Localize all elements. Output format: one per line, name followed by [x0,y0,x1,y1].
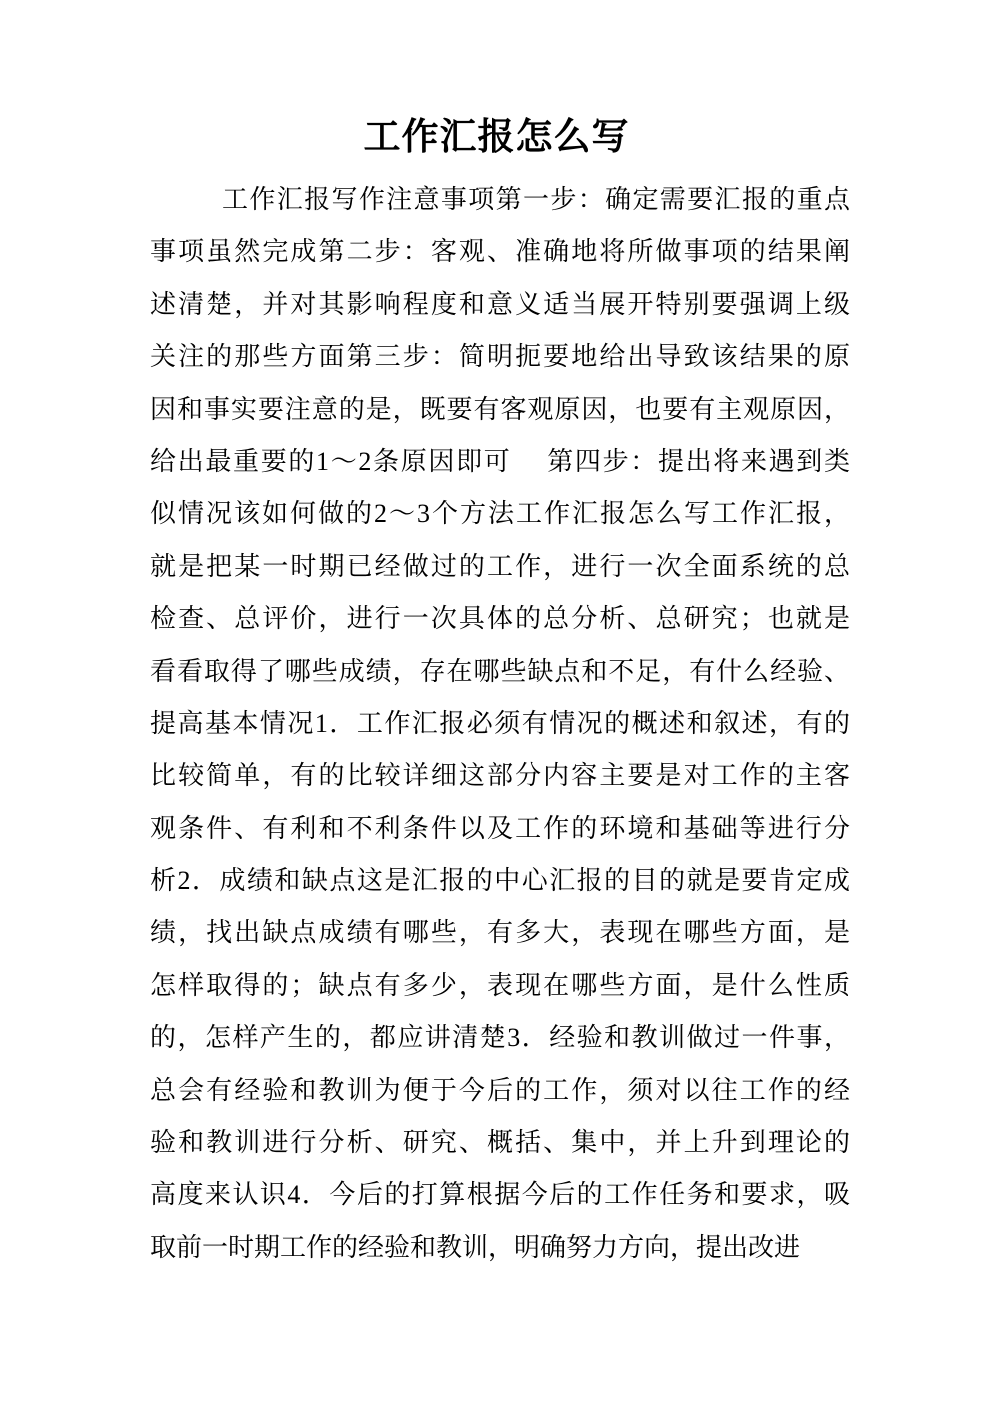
text-line: 观条件、有利和不利条件以及工作的环境和基础等进行分 [150,803,850,855]
text-line: 工作汇报写作注意事项第一步：确定需要汇报的重点 [150,174,850,226]
text-line: 绩，找出缺点成绩有哪些，有多大，表现在哪些方面，是 [150,907,850,959]
text-line: 析2．成绩和缺点这是汇报的中心汇报的目的就是要肯定成 [150,855,850,907]
text-line: 述清楚，并对其影响程度和意义适当展开特别要强调上级 [150,279,850,331]
text-line: 事项虽然完成第二步：客观、准确地将所做事项的结果阐 [150,226,850,278]
text-line: 取前一时期工作的经验和教训，明确努力方向，提出改进 [150,1222,850,1274]
text-line: 提高基本情况1．工作汇报必须有情况的概述和叙述，有的 [150,698,850,750]
text-line: 就是把某一时期已经做过的工作，进行一次全面系统的总 [150,541,850,593]
document-body: 工作汇报写作注意事项第一步：确定需要汇报的重点事项虽然完成第二步：客观、准确地将… [150,174,850,1274]
text-line: 怎样取得的；缺点有多少，表现在哪些方面，是什么性质 [150,960,850,1012]
document-page: 工作汇报怎么写 工作汇报写作注意事项第一步：确定需要汇报的重点事项虽然完成第二步… [0,0,993,1404]
text-line: 因和事实要注意的是，既要有客观原因，也要有主观原因， [150,384,850,436]
text-line: 验和教训进行分析、研究、概括、集中，并上升到理论的 [150,1117,850,1169]
text-line: 高度来认识4．今后的打算根据今后的工作任务和要求，吸 [150,1169,850,1221]
text-line: 似情况该如何做的2～3个方法工作汇报怎么写工作汇报， [150,488,850,540]
document-title: 工作汇报怎么写 [0,0,993,164]
text-line: 关注的那些方面第三步：简明扼要地给出导致该结果的原 [150,331,850,383]
text-line: 给出最重要的1～2条原因即可 第四步：提出将来遇到类 [150,436,850,488]
text-line: 检查、总评价，进行一次具体的总分析、总研究；也就是 [150,593,850,645]
text-line: 总会有经验和教训为便于今后的工作，须对以往工作的经 [150,1065,850,1117]
text-line: 的，怎样产生的，都应讲清楚3．经验和教训做过一件事， [150,1012,850,1064]
text-line: 比较简单，有的比较详细这部分内容主要是对工作的主客 [150,750,850,802]
text-line: 看看取得了哪些成绩，存在哪些缺点和不足，有什么经验、 [150,646,850,698]
